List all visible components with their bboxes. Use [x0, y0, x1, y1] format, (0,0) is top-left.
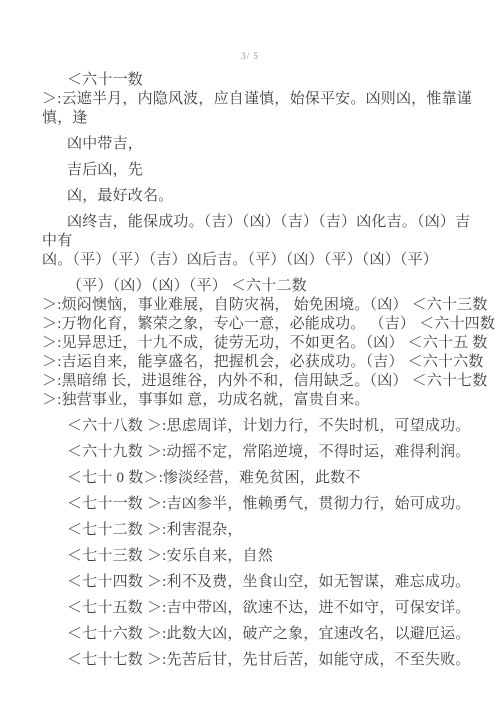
text-line: 凶中带吉，	[42, 135, 478, 154]
paragraph-block: ＜七十七数 ＞:先苦后甘，先甘后苦，如能守成，不至失败。	[42, 651, 478, 670]
text-line: ＜七十六数 ＞:此数大凶，破产之象，宜速改名，以避厄运。	[42, 625, 478, 644]
document-page: 3/ 5 ＜六十一数＞:云遮半月，内隐风波，应自谨慎，始保平安。凶则凶，惟靠谨慎…	[0, 0, 500, 708]
text-line: ＜六十一数	[42, 71, 478, 90]
paragraph-block: ＜七十一数 ＞:吉凶参半，惟赖勇气，贯彻力行，始可成功。	[42, 495, 478, 514]
text-line: 凶终吉，能保成功。（吉）（凶）（吉）（吉）凶化吉。（凶）吉	[42, 213, 478, 232]
paragraph-block: 凶中带吉，	[42, 135, 478, 154]
text-line: ＞:万物化育，繁荣之象，专心一意，必能成功。 （吉） ＜六十四数	[42, 315, 478, 334]
paragraph-block: ＜七十二数 ＞:利害混杂，	[42, 521, 478, 540]
paragraph-block: 凶，最好改名。	[42, 187, 478, 206]
paragraph-block: ＜七十五数 ＞:吉中带凶，欲速不达，进不如守，可保安详。	[42, 599, 478, 618]
paragraph-block: ＜七十 0 数＞:惨淡经营，难免贫困，此数不	[42, 469, 478, 488]
paragraph-block: ＜六十八数 ＞:思虑周详，计划力行，不失时机，可望成功。	[42, 417, 478, 436]
text-line: ＜七十二数 ＞:利害混杂，	[42, 521, 478, 540]
text-line: 吉后凶，先	[42, 161, 478, 180]
text-line: ＞:吉运自来，能享盛名，把握机会，必获成功。（吉） ＜六十六数	[42, 353, 478, 372]
text-line: ＜七十三数 ＞:安乐自来，自然	[42, 547, 478, 566]
text-line: （平）（凶）（凶）（平） ＜六十二数	[42, 277, 478, 296]
text-line: 中有	[42, 232, 478, 251]
text-line: ＜七十一数 ＞:吉凶参半，惟赖勇气，贯彻力行，始可成功。	[42, 495, 478, 514]
text-line: ＞:云遮半月，内隐风波，应自谨慎，始保平安。凶则凶，惟靠谨	[42, 90, 478, 109]
text-line: 凶，最好改名。	[42, 187, 478, 206]
text-line: ＞:见异思迁，十九不成，徒劳无功，不如更名。（凶） ＜六十五 数	[42, 334, 478, 353]
paragraph-block: 吉后凶，先	[42, 161, 478, 180]
paragraph-block: ＜七十四数 ＞:利不及费，坐食山空，如无智谋，难忘成功。	[42, 573, 478, 592]
paragraph-block: ＜六十一数＞:云遮半月，内隐风波，应自谨慎，始保平安。凶则凶，惟靠谨慎，逢	[42, 71, 478, 128]
text-line: ＜六十八数 ＞:思虑周详，计划力行，不失时机，可望成功。	[42, 417, 478, 436]
text-line: ＞:独营事业，事事如 意，功成名就，富贵自来。	[42, 391, 478, 410]
page-number: 3/ 5	[0, 51, 500, 61]
paragraph-block: ＜七十六数 ＞:此数大凶，破产之象，宜速改名，以避厄运。	[42, 625, 478, 644]
text-line: ＜七十七数 ＞:先苦后甘，先甘后苦，如能守成，不至失败。	[42, 651, 478, 670]
text-line: ＜七十五数 ＞:吉中带凶，欲速不达，进不如守，可保安详。	[42, 599, 478, 618]
text-line: ＜六十九数 ＞:动摇不定，常陷逆境，不得时运，难得利润。	[42, 443, 478, 462]
document-content: ＜六十一数＞:云遮半月，内隐风波，应自谨慎，始保平安。凶则凶，惟靠谨慎，逢凶中带…	[42, 71, 478, 677]
text-line: 慎，逢	[42, 109, 478, 128]
text-line: 凶。（平）（平）（吉）凶后吉。（平）（凶）（平）（凶）（平）	[42, 251, 478, 270]
text-line: ＞:烦闷懊恼，事业难展，自防灾祸， 始免困境。（凶） ＜六十三数	[42, 296, 478, 315]
paragraph-block: ＜六十九数 ＞:动摇不定，常陷逆境，不得时运，难得利润。	[42, 443, 478, 462]
paragraph-block: （平）（凶）（凶）（平） ＜六十二数＞:烦闷懊恼，事业难展，自防灾祸， 始免困境…	[42, 277, 478, 410]
text-line: ＜七十四数 ＞:利不及费，坐食山空，如无智谋，难忘成功。	[42, 573, 478, 592]
text-line: ＞:黑暗绵 长，进退维谷，内外不和，信用缺乏。（凶） ＜六十七数	[42, 372, 478, 391]
text-line: ＜七十 0 数＞:惨淡经营，难免贫困，此数不	[42, 469, 478, 488]
paragraph-block: ＜七十三数 ＞:安乐自来，自然	[42, 547, 478, 566]
paragraph-block: 凶终吉，能保成功。（吉）（凶）（吉）（吉）凶化吉。（凶）吉中有凶。（平）（平）（…	[42, 213, 478, 270]
